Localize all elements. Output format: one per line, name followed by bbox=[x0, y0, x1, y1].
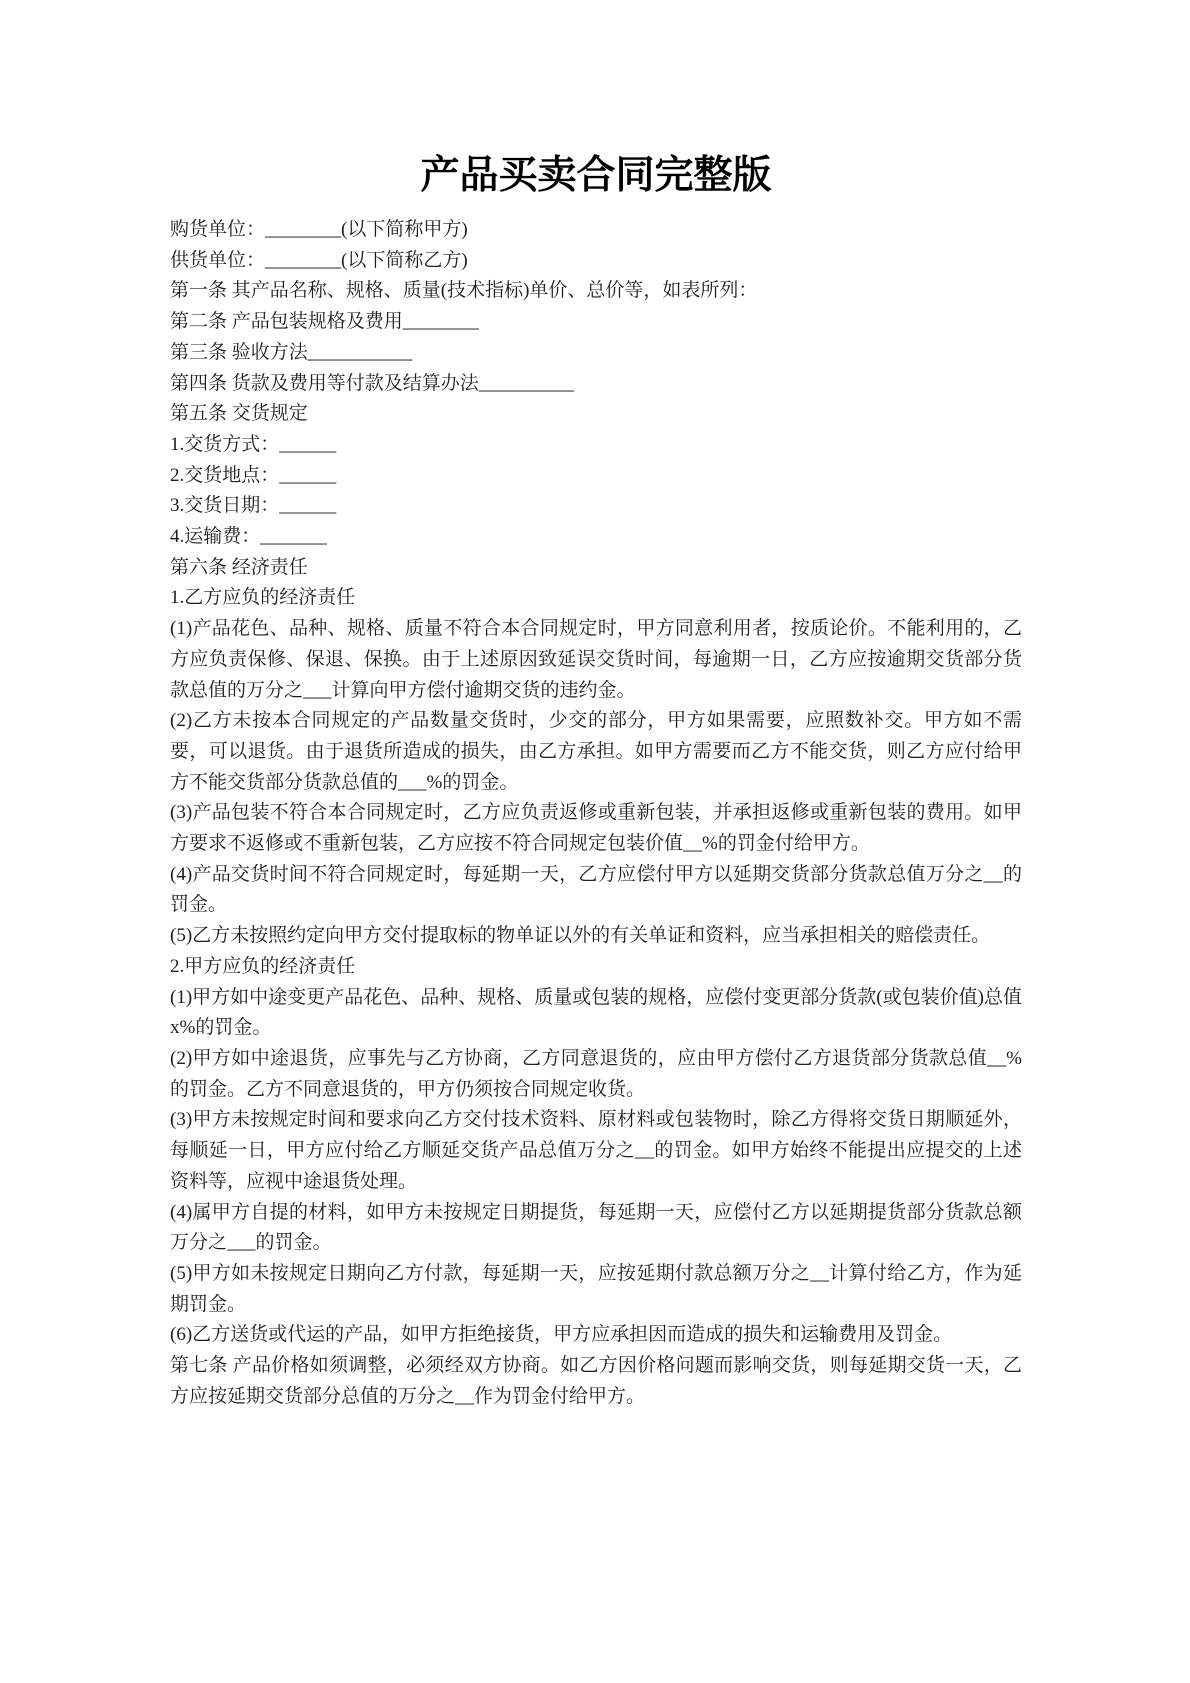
paragraph: (5)甲方如未按规定日期向乙方付款，每延期一天，应按延期付款总额万分之__计算付… bbox=[170, 1259, 1022, 1320]
paragraph: 第六条 经济责任 bbox=[170, 553, 1022, 584]
document-page: 产品买卖合同完整版 购货单位：________(以下简称甲方)供货单位：____… bbox=[0, 0, 1190, 1683]
paragraph: 第五条 交货规定 bbox=[170, 399, 1022, 430]
paragraph: 第三条 验收方法___________ bbox=[170, 338, 1022, 369]
paragraph: 第七条 产品价格如须调整，必须经双方协商。如乙方因价格问题而影响交货，则每延期交… bbox=[170, 1351, 1022, 1412]
paragraph: (4)属甲方自提的材料，如甲方未按规定日期提货，每延期一天，应偿付乙方以延期提货… bbox=[170, 1198, 1022, 1259]
paragraph: (3)甲方未按规定时间和要求向乙方交付技术资料、原材料或包装物时，除乙方得将交货… bbox=[170, 1105, 1022, 1197]
paragraph: 第四条 货款及费用等付款及结算办法__________ bbox=[170, 369, 1022, 400]
paragraph: (6)乙方送货或代运的产品，如甲方拒绝接货，甲方应承担因而造成的损失和运输费用及… bbox=[170, 1320, 1022, 1351]
paragraph: 4.运输费：_______ bbox=[170, 522, 1022, 553]
paragraph: (2)甲方如中途退货，应事先与乙方协商，乙方同意退货的，应由甲方偿付乙方退货部分… bbox=[170, 1044, 1022, 1105]
paragraph: 购货单位：________(以下简称甲方) bbox=[170, 215, 1022, 246]
paragraph: (2)乙方未按本合同规定的产品数量交货时，少交的部分，甲方如果需要，应照数补交。… bbox=[170, 706, 1022, 798]
paragraph: (1)甲方如中途变更产品花色、品种、规格、质量或包装的规格，应偿付变更部分货款(… bbox=[170, 983, 1022, 1044]
paragraph: (4)产品交货时间不符合同规定时，每延期一天，乙方应偿付甲方以延期交货部分货款总… bbox=[170, 860, 1022, 921]
paragraph: (1)产品花色、品种、规格、质量不符合本合同规定时，甲方同意利用者，按质论价。不… bbox=[170, 614, 1022, 706]
paragraph: 1.交货方式：______ bbox=[170, 430, 1022, 461]
document-title: 产品买卖合同完整版 bbox=[170, 152, 1022, 200]
paragraph: 第二条 产品包装规格及费用________ bbox=[170, 307, 1022, 338]
paragraph: 供货单位：________(以下简称乙方) bbox=[170, 246, 1022, 277]
paragraph: 第一条 其产品名称、规格、质量(技术指标)单价、总价等，如表所列： bbox=[170, 276, 1022, 307]
paragraph: (3)产品包装不符合本合同规定时，乙方应负责返修或重新包装，并承担返修或重新包装… bbox=[170, 798, 1022, 859]
paragraph: 2.交货地点：______ bbox=[170, 461, 1022, 492]
paragraph: 2.甲方应负的经济责任 bbox=[170, 952, 1022, 983]
paragraph: (5)乙方未按照约定向甲方交付提取标的物单证以外的有关单证和资料，应当承担相关的… bbox=[170, 921, 1022, 952]
paragraph: 1.乙方应负的经济责任 bbox=[170, 583, 1022, 614]
document-body: 购货单位：________(以下简称甲方)供货单位：________(以下简称乙… bbox=[170, 215, 1022, 1412]
paragraph: 3.交货日期：______ bbox=[170, 491, 1022, 522]
